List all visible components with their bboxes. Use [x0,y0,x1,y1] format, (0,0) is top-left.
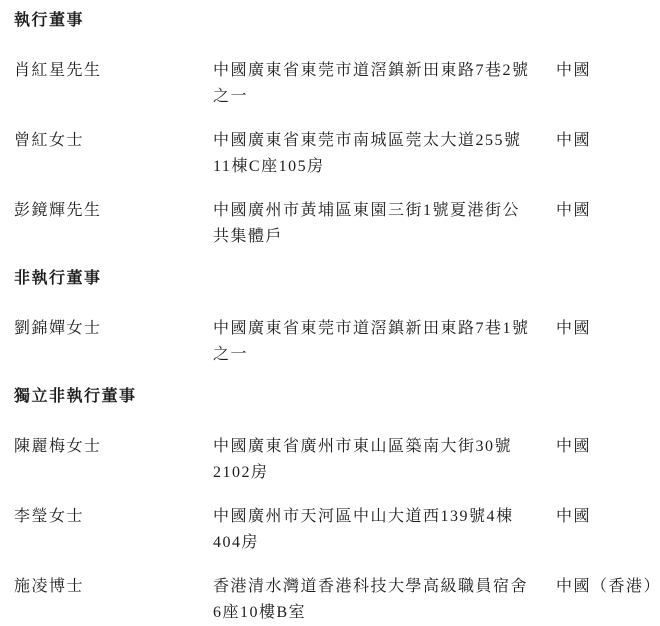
director-address: 中國廣東省東莞市南城區莞太大道255號 11棟C座105房 [213,128,556,180]
director-row: 劉錦嬋女士 中國廣東省東莞市道滘鎮新田東路7巷1號 之一 中國 [14,316,656,368]
section-title: 獨立非執行董事 [14,386,656,408]
director-address: 中國廣東省東莞市道滘鎮新田東路7巷2號 之一 [213,58,556,110]
address-line: 中國廣東省廣州市東山區築南大街30號 [213,434,556,460]
director-row: 曾紅女士 中國廣東省東莞市南城區莞太大道255號 11棟C座105房 中國 [14,128,656,180]
director-name: 陳麗梅女士 [14,434,213,460]
director-name: 肖紅星先生 [14,58,213,84]
section-non-executive-directors: 非執行董事 劉錦嬋女士 中國廣東省東莞市道滘鎮新田東路7巷1號 之一 中國 [14,268,656,368]
director-row: 肖紅星先生 中國廣東省東莞市道滘鎮新田東路7巷2號 之一 中國 [14,58,656,110]
address-line: 6座10樓B室 [213,600,556,626]
director-name: 施凌博士 [14,574,213,600]
director-row: 李瑩女士 中國廣州市天河區中山大道西139號4棟 404房 中國 [14,504,656,556]
section-title: 非執行董事 [14,268,656,290]
address-line: 香港清水灣道香港科技大學高級職員宿舍 [213,574,556,600]
director-row: 彭鏡輝先生 中國廣州市黃埔區東園三街1號夏港街公 共集體戶 中國 [14,198,656,250]
director-country: 中國 [556,316,656,342]
address-line: 中國廣東省東莞市道滘鎮新田東路7巷2號 [213,58,556,84]
director-country: 中國 [556,434,656,460]
address-line: 共集體戶 [213,224,556,250]
director-name: 曾紅女士 [14,128,213,154]
director-address: 中國廣東省東莞市道滘鎮新田東路7巷1號 之一 [213,316,556,368]
director-name: 李瑩女士 [14,504,213,530]
directors-document: 執行董事 肖紅星先生 中國廣東省東莞市道滘鎮新田東路7巷2號 之一 中國 曾紅女… [14,10,656,626]
director-address: 中國廣東省廣州市東山區築南大街30號 2102房 [213,434,556,486]
section-independent-non-executive-directors: 獨立非執行董事 陳麗梅女士 中國廣東省廣州市東山區築南大街30號 2102房 中… [14,386,656,626]
director-address: 香港清水灣道香港科技大學高級職員宿舍 6座10樓B室 [213,574,556,626]
section-executive-directors: 執行董事 肖紅星先生 中國廣東省東莞市道滘鎮新田東路7巷2號 之一 中國 曾紅女… [14,10,656,250]
address-line: 中國廣東省東莞市道滘鎮新田東路7巷1號 [213,316,556,342]
director-country: 中國 [556,198,656,224]
director-address: 中國廣州市天河區中山大道西139號4棟 404房 [213,504,556,556]
address-line: 中國廣州市天河區中山大道西139號4棟 [213,504,556,530]
address-line: 中國廣州市黃埔區東園三街1號夏港街公 [213,198,556,224]
director-row: 陳麗梅女士 中國廣東省廣州市東山區築南大街30號 2102房 中國 [14,434,656,486]
director-address: 中國廣州市黃埔區東園三街1號夏港街公 共集體戶 [213,198,556,250]
director-country: 中國 [556,128,656,154]
address-line: 中國廣東省東莞市南城區莞太大道255號 [213,128,556,154]
address-line: 11棟C座105房 [213,154,556,180]
director-name: 劉錦嬋女士 [14,316,213,342]
address-line: 之一 [213,342,556,368]
director-country: 中國 [556,504,656,530]
address-line: 2102房 [213,460,556,486]
director-name: 彭鏡輝先生 [14,198,213,224]
director-country: 中國 [556,58,656,84]
director-row: 施凌博士 香港清水灣道香港科技大學高級職員宿舍 6座10樓B室 中國（香港） [14,574,656,626]
section-title: 執行董事 [14,10,656,32]
address-line: 之一 [213,84,556,110]
address-line: 404房 [213,530,556,556]
director-country: 中國（香港） [556,574,656,600]
